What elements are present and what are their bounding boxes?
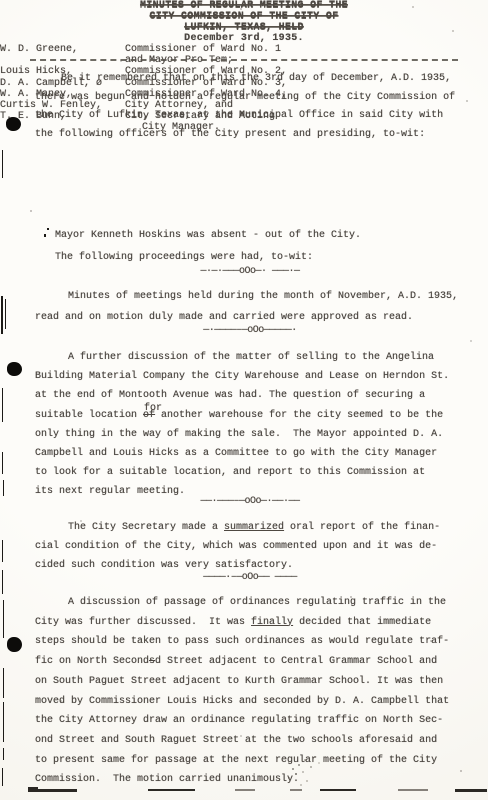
paragraph-line: A discussion of passage of ordinances re… [35, 593, 471, 613]
ink-mark [2, 570, 3, 594]
scanned-document-page: MINUTES OF REGULAR MEETING OF THE CITY C… [0, 0, 488, 800]
page-edge-line [148, 789, 195, 791]
paragraph-line: Commission. The motion carried unanimous… [35, 770, 471, 790]
hole-punch-dot [7, 362, 22, 376]
dashed-divider-rule [30, 59, 458, 61]
paper-speck-noise [240, 8, 242, 10]
page-edge-line [398, 789, 428, 791]
line-text: oral report of the finan- [284, 522, 440, 533]
ink-mark [2, 388, 3, 422]
officer-title: Commissioner of Ward No. 1 [125, 44, 281, 55]
ink-mark [3, 702, 4, 742]
section-separator: —·————–—oOo—————· [35, 325, 465, 336]
ink-mark [2, 540, 3, 562]
line-text: suitable location [35, 410, 143, 421]
paragraph-line: the City Attorney draw an ordinance regu… [35, 711, 471, 731]
paragraph-line: cial condition of the City, which was co… [35, 537, 471, 556]
paragraph-line-with-correction: suitable location offor another warehous… [35, 406, 471, 425]
opening-paragraph: Be it remembered that on this the 3rd da… [35, 70, 471, 144]
ink-mark [3, 600, 4, 638]
page-edge-line [28, 787, 38, 792]
warehouse-sale-paragraph: A further discussion of the matter of se… [35, 348, 471, 502]
officer-name: W. D. Greene, [0, 44, 125, 55]
mayor-absent-line: Mayor Kenneth Hoskins was absent - out o… [35, 230, 488, 241]
paragraph-line: steps should be taken to pass such ordin… [35, 632, 471, 652]
opening-line: the following officers of the City prese… [35, 126, 471, 145]
paragraph-line: to look for a suitable location, and rep… [35, 463, 471, 482]
doc-title-line-2: CITY COMMISSION OF THE CITY OF [0, 11, 488, 22]
doc-title-line-3: LUFKIN, TEXAS, HELD [0, 22, 488, 33]
line-text: decided that immediate [293, 617, 431, 628]
underlined-word: finally [251, 617, 293, 628]
paragraph-line: to present same for passage at the next … [35, 751, 471, 771]
officer-row: W. D. Greene, Commissioner of Ward No. 1 [0, 44, 330, 55]
paragraph-line: only thing in the way of making the sale… [35, 425, 471, 444]
ink-mark [3, 748, 4, 760]
paragraph-line: moved by Commissioner Louis Hicks and se… [35, 692, 471, 712]
section-separator: ——·———–—oOo—·——·—— [35, 496, 465, 507]
ink-mark [1, 296, 3, 334]
line-text: d Street adjacent to Central Grammar Sch… [155, 656, 437, 667]
proceedings-line: The following proceedings were had, to-w… [35, 252, 488, 263]
doc-title-date: December 3rd, 1935. [0, 33, 488, 44]
opening-line: Be it remembered that on this the 3rd da… [35, 70, 471, 89]
paragraph-line: ond Street and South Raguet Street at th… [35, 731, 471, 751]
opening-line: the City of Lufkin, Texas, at the Munici… [35, 107, 471, 126]
section-separator: ————·–—oOo—— ———— [35, 572, 465, 583]
page-edge-line [235, 789, 255, 791]
ink-mark [2, 452, 3, 474]
page-edge-line [290, 789, 302, 791]
opening-line: there was begun and holden a regular mee… [35, 89, 471, 108]
paragraph-line: Building Material Company the City Wareh… [35, 367, 471, 386]
paragraph-line: A further discussion of the matter of se… [35, 348, 471, 367]
ink-mark [5, 299, 6, 329]
underlined-word: summarized [224, 522, 284, 533]
paragraph-line-with-correction: fic on North Secondsd Street adjacent to… [35, 652, 471, 672]
paragraph-line: on South Paguet Street adjacent to Kurth… [35, 672, 471, 692]
correction-word: for [144, 399, 162, 418]
ink-mark [3, 668, 4, 698]
ink-mark [2, 150, 3, 178]
line-text: fic on North Second [35, 656, 149, 667]
line-text: City was further discussed. It was [35, 617, 251, 628]
doc-title-line-1: MINUTES OF REGULAR MEETING OF THE [0, 0, 488, 11]
document-title-block: MINUTES OF REGULAR MEETING OF THE CITY C… [0, 0, 488, 44]
ink-mark [3, 480, 4, 496]
line-text: The City Secretary made a [68, 522, 224, 533]
paragraph-line: Minutes of meetings held during the mont… [35, 287, 471, 308]
typed-correction: offor [143, 410, 155, 421]
section-separator: —·—·———oOo—· ———·— [35, 266, 465, 277]
hole-punch-dot [7, 637, 22, 652]
page-edge-line [320, 789, 356, 791]
paragraph-line: The City Secretary made a summarized ora… [35, 518, 471, 537]
financial-report-paragraph: The City Secretary made a summarized ora… [35, 518, 471, 576]
page-edge-line [455, 789, 487, 792]
line-text: another warehouse for the city seemed to… [155, 410, 443, 421]
paragraph-line: Campbell and Louis Hicks as a Committee … [35, 444, 471, 463]
traffic-ordinance-paragraph: A discussion of passage of ordinances re… [35, 593, 471, 790]
hole-punch-dot [6, 117, 21, 131]
paragraph-line: City was further discussed. It was final… [35, 613, 471, 633]
ink-mark [2, 768, 3, 786]
paragraph-line: at the end of Montooth Avenue was had. T… [35, 386, 471, 405]
minutes-approved-paragraph: Minutes of meetings held during the mont… [35, 287, 471, 328]
